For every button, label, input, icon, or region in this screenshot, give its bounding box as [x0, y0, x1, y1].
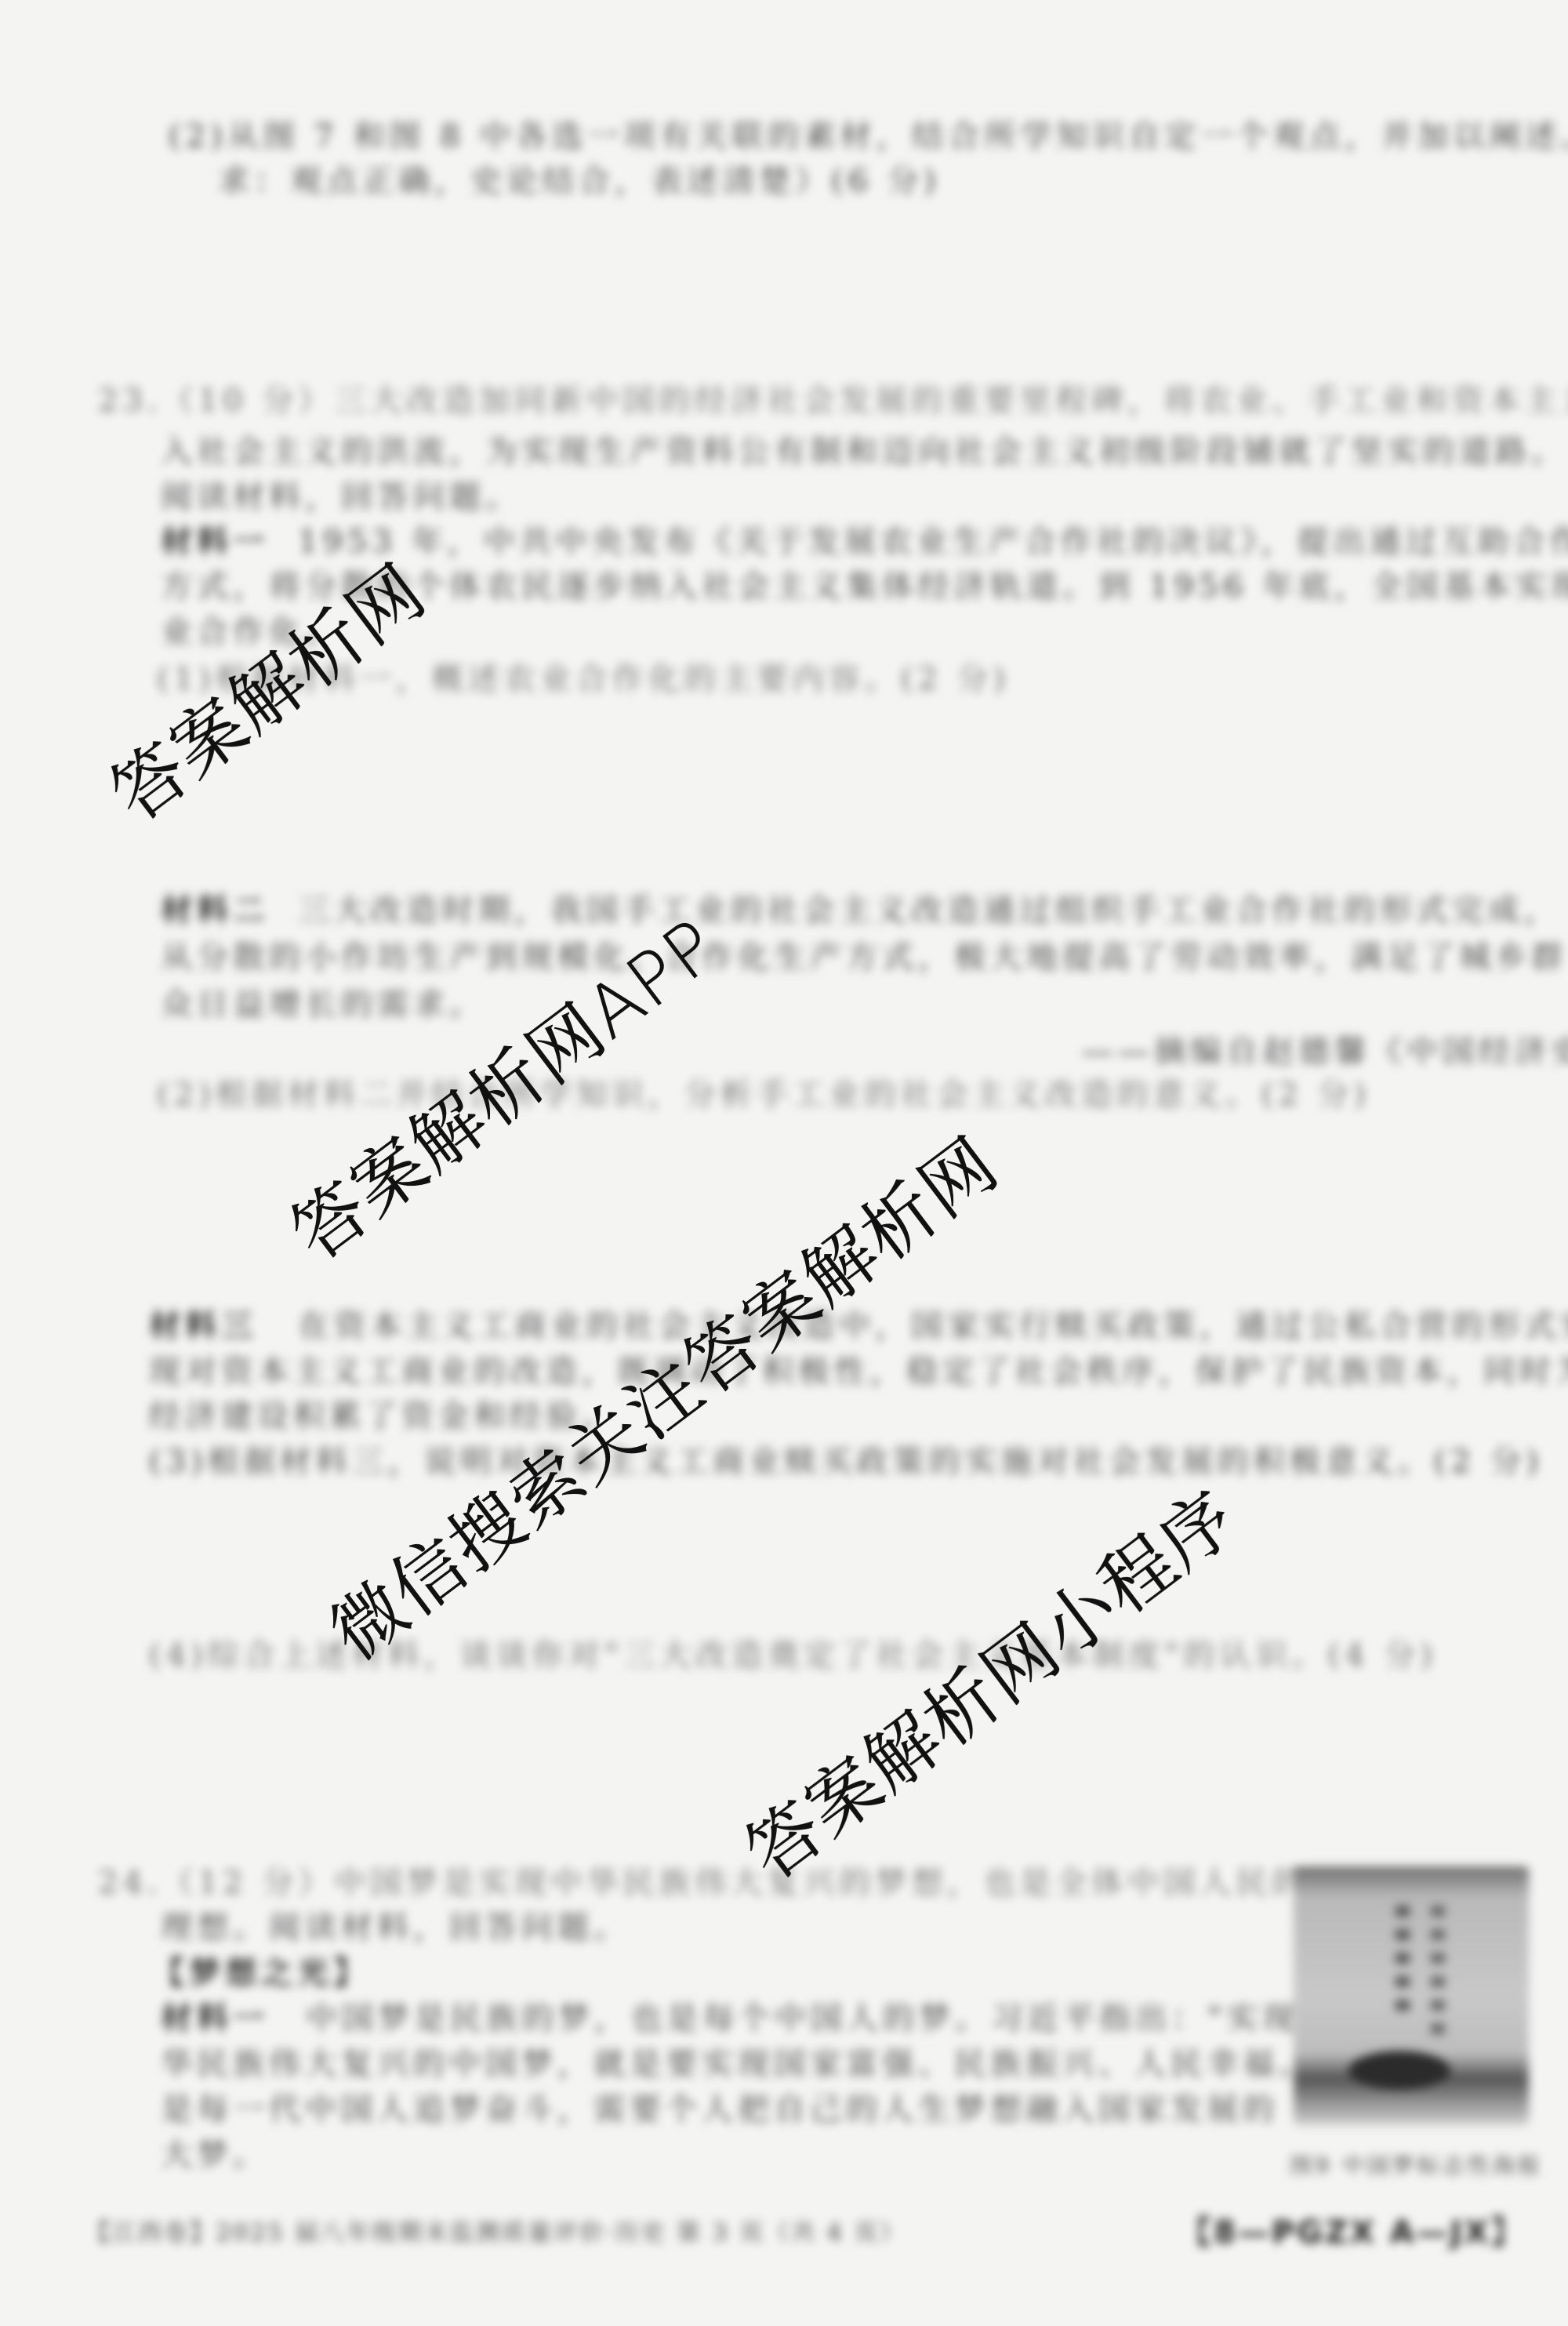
watermark: 答案解析网小程序 [722, 1462, 1255, 1899]
question-stem-line: 23.（10 分）三大改造加同新中国的经济社会发展的重要里程碑，将农业、手工业和… [98, 380, 1568, 421]
section-title: 【梦想之光】 [153, 1953, 369, 1993]
exam-page: (2)从图 7 和图 8 中各选一项有关联的素材，结合所学知识自定一个观点，并加… [0, 0, 1568, 2326]
figure-ship-shape [1348, 2051, 1450, 2090]
material-1-label: 材料一 [161, 1998, 269, 2039]
material-1-label: 材料一 [161, 522, 269, 562]
question-stem-line: 24.（12 分）中国梦是实现中华民族伟大复兴的梦想，也是全体中国人民的共同 [98, 1863, 1380, 1903]
question-stem-line: 阅读材料，回答问题。 [161, 477, 521, 518]
sub-question-3: (3)根据材料三，说明对资本主义工商业赎买政策的实施对社会发展的积极意义。(2 … [149, 1441, 1543, 1482]
figure-vertical-text [1431, 1906, 1445, 2047]
material-2-label: 材料二 [161, 890, 269, 931]
footer-exam-info: 【江西卷】2025 届八年级期末监测质量评价·历史 第 3 页（共 4 页） [86, 2213, 906, 2248]
material-text-line: 是每一代中国人追梦奋斗，需要个人把自己的人生梦想融入国家发展的 [161, 2089, 1279, 2130]
material-text-line: 在资本主义工商业的社会主义改造中，国家实行赎买政策，通过公私合营的形式实 [298, 1306, 1568, 1347]
material-text-line: 三大改造时期，我国手工业的社会主义改造通过组织手工业合作社的形式完成， [298, 890, 1560, 931]
material-source: ——摘编自赵德馨《中国经济史》 [1082, 1031, 1568, 1072]
figure-caption: 图9 中国梦标志性海报 [1290, 2149, 1543, 2180]
material-text-line: 众日益增长的需求。 [161, 984, 485, 1025]
question-stem-line: 入社会主义的洪流，为实现生产资料公有制和迈向社会主义初级阶段铺就了坚实的道路。 [161, 431, 1567, 472]
material-text-line: 大梦。 [161, 2135, 269, 2175]
material-text-line: 现对资本主义工商业的改造，既调动了积极性，稳定了社会秩序，保护了民族资本，同时为… [149, 1351, 1568, 1392]
material-text-line: 从分散的小作坊生产到规模化、合作化生产方式，极大地提高了劳动效率，满足了城乡群 [161, 937, 1567, 978]
sub-question-2: (2)根据材料二并结合所学知识，分析手工业的社会主义改造的意义。(2 分) [157, 1074, 1370, 1115]
text-line: 求：观点正确，史论结合，表述清楚）(6 分) [218, 161, 940, 202]
material-text-line: 华民族伟大复兴的中国梦，就是要实现国家富强、民族振兴、人民幸福。"这 [161, 2044, 1370, 2084]
figure-vertical-text [1396, 1906, 1410, 2023]
figure-image [1294, 1866, 1529, 2125]
question-stem-line: 理想。阅读材料，回答问题。 [161, 1907, 630, 1948]
material-text-line: 1953 年，中共中央发布《关于发展农业生产合作社的决议》，提出通过互助合作的 [298, 522, 1568, 562]
material-text-line: 中国梦是民族的梦，也是每个中国人的梦。习近平指出："实现中 [306, 1998, 1334, 2039]
text-line: (2)从图 7 和图 8 中各选一项有关联的素材，结合所学知识自定一个观点，并加… [169, 116, 1568, 157]
material-3-label: 材料三 [149, 1306, 257, 1347]
footer-code: 【8—PGZX A—JX】 [1180, 2208, 1524, 2252]
